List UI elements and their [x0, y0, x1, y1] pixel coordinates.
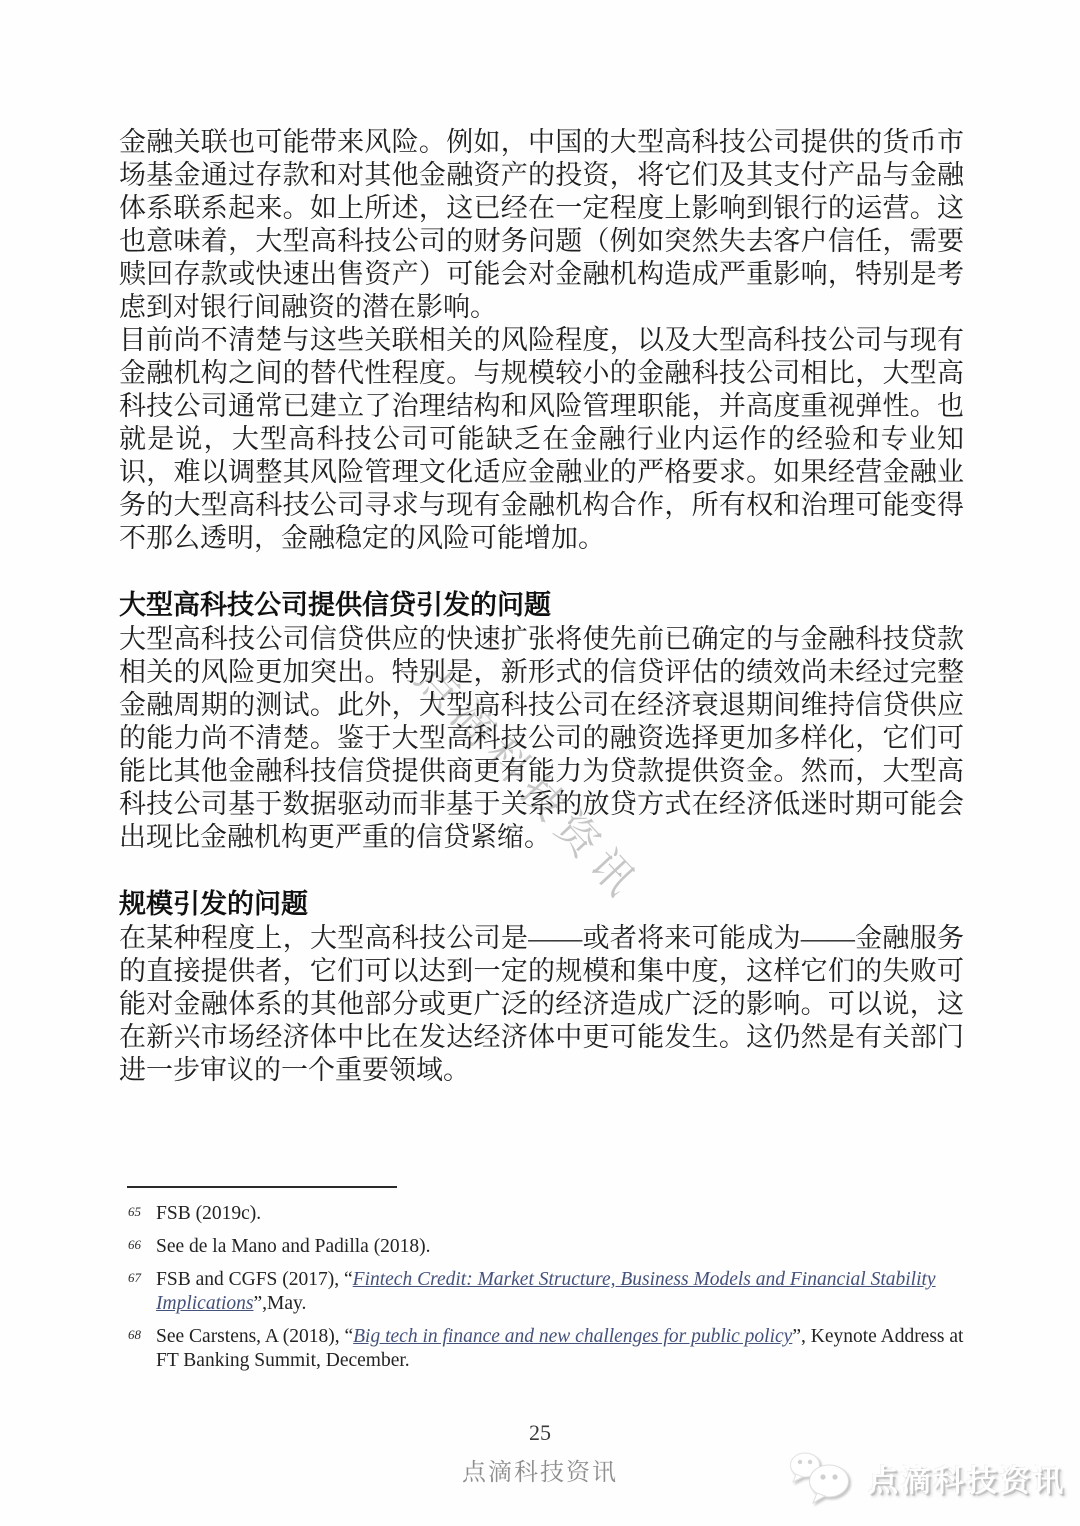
brand-logo: 点滴科技资讯	[786, 1448, 1066, 1508]
footnote-item-66: 66 See de la Mano and Padilla (2018).	[119, 1235, 967, 1259]
footnote-item-68: 68 See Carstens, A (2018), “Big tech in …	[119, 1325, 967, 1373]
footnote-item-65: 65 FSB (2019c).	[119, 1202, 967, 1226]
footnote-number: 68	[128, 1323, 141, 1347]
footnotes-section: 65 FSB (2019c). 66 See de la Mano and Pa…	[119, 1186, 967, 1382]
footnote-text-after: ”,May.	[254, 1293, 307, 1314]
brand-logo-text: 点滴科技资讯	[868, 1456, 1066, 1500]
footnote-item-67: 67 FSB and CGFS (2017), “Fintech Credit:…	[119, 1268, 967, 1316]
footnote-number: 66	[128, 1233, 141, 1257]
footnote-link-big-tech-in-finance[interactable]: Big tech in finance and new challenges f…	[353, 1326, 792, 1347]
document-page: 点滴科技资讯 金融关联也可能带来风险。例如，中国的大型高科技公司提供的货币市场基…	[0, 0, 1080, 1526]
footnote-number: 65	[128, 1200, 141, 1224]
document-body: 金融关联也可能带来风险。例如，中国的大型高科技公司提供的货币市场基金通过存款和对…	[119, 126, 964, 1087]
footnote-number: 67	[128, 1266, 141, 1290]
page-number: 25	[0, 1420, 1080, 1446]
footnote-separator	[127, 1186, 397, 1188]
paragraph-scale: 在某种程度上，大型高科技公司是——或者将来可能成为——金融服务的直接提供者，它们…	[119, 922, 964, 1087]
section-heading-scale: 规模引发的问题	[119, 888, 964, 921]
paragraph-interlinkage-risk: 金融关联也可能带来风险。例如，中国的大型高科技公司提供的货币市场基金通过存款和对…	[119, 126, 964, 324]
section-heading-credit-provision: 大型高科技公司提供信贷引发的问题	[119, 589, 964, 622]
paragraph-substitutability: 目前尚不清楚与这些关联相关的风险程度，以及大型高科技公司与现有金融机构之间的替代…	[119, 324, 964, 555]
chat-bubbles-icon	[786, 1448, 860, 1508]
footnote-text: FSB (2019c).	[156, 1203, 261, 1224]
paragraph-credit-provision: 大型高科技公司信贷供应的快速扩张将使先前已确定的与金融科技贷款相关的风险更加突出…	[119, 623, 964, 854]
footnote-text: FSB and CGFS (2017), “	[156, 1269, 353, 1290]
footnote-text: See Carstens, A (2018), “	[156, 1326, 353, 1347]
footnote-text: See de la Mano and Padilla (2018).	[156, 1236, 431, 1257]
